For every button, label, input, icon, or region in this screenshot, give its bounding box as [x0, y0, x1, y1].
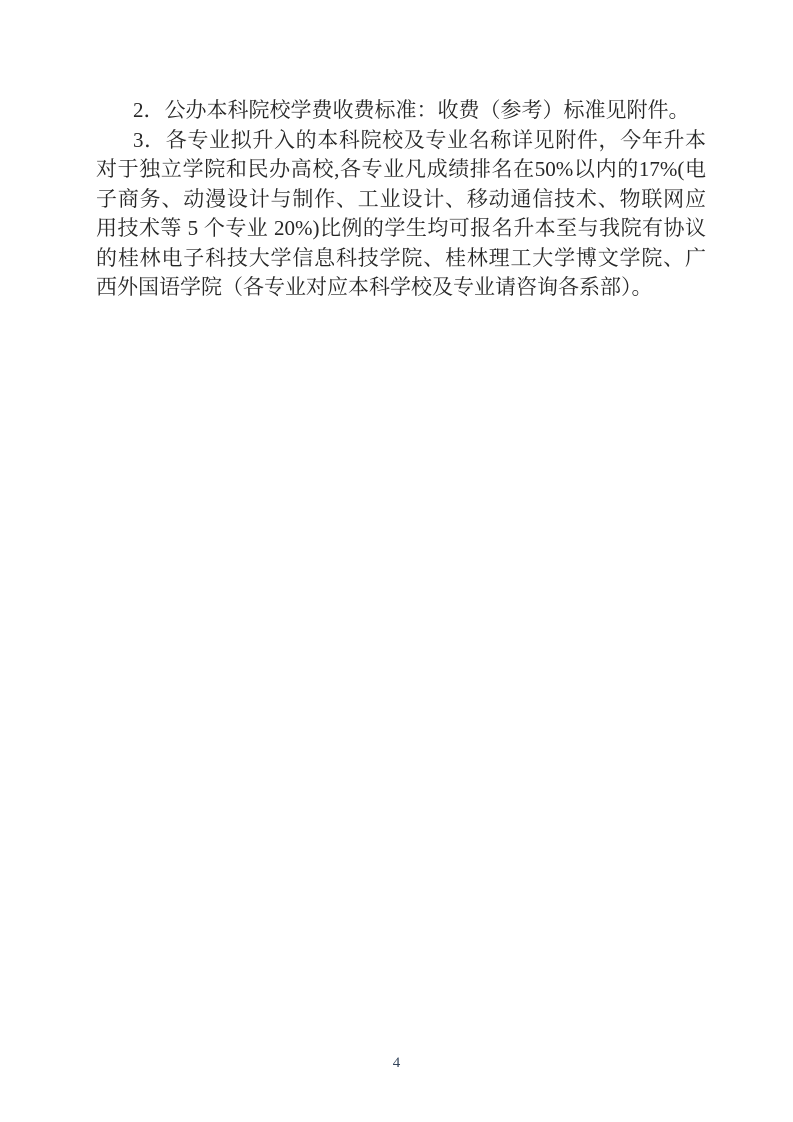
document-page: 2．公办本科院校学费收费标准：收费（参考）标准见附件。 3．各专业拟升入的本科院… [0, 0, 793, 1122]
body-text: 2．公办本科院校学费收费标准：收费（参考）标准见附件。 3．各专业拟升入的本科院… [96, 96, 706, 303]
text-line: 3．各专业拟升入的本科院校及专业名称详见附件，今年升本 [96, 126, 706, 156]
text-line: 的桂林电子科技大学信息科技学院、桂林理工大学博文学院、广 [96, 244, 706, 274]
text-line: 子商务、动漫设计与制作、工业设计、移动通信技术、物联网应 [96, 185, 706, 215]
text-line: 西外国语学院（各专业对应本科学校及专业请咨询各系部）。 [96, 273, 706, 303]
text-line: 2．公办本科院校学费收费标准：收费（参考）标准见附件。 [96, 96, 706, 126]
text-line: 用技术等 5 个专业 20%)比例的学生均可报名升本至与我院有协议 [96, 214, 706, 244]
paragraph-promotion-policy: 3．各专业拟升入的本科院校及专业名称详见附件，今年升本 对于独立学院和民办高校,… [96, 126, 706, 303]
paragraph-fee-standard: 2．公办本科院校学费收费标准：收费（参考）标准见附件。 [96, 96, 706, 126]
page-number: 4 [0, 1053, 793, 1073]
text-line: 对于独立学院和民办高校,各专业凡成绩排名在50%以内的17%(电 [96, 155, 706, 185]
